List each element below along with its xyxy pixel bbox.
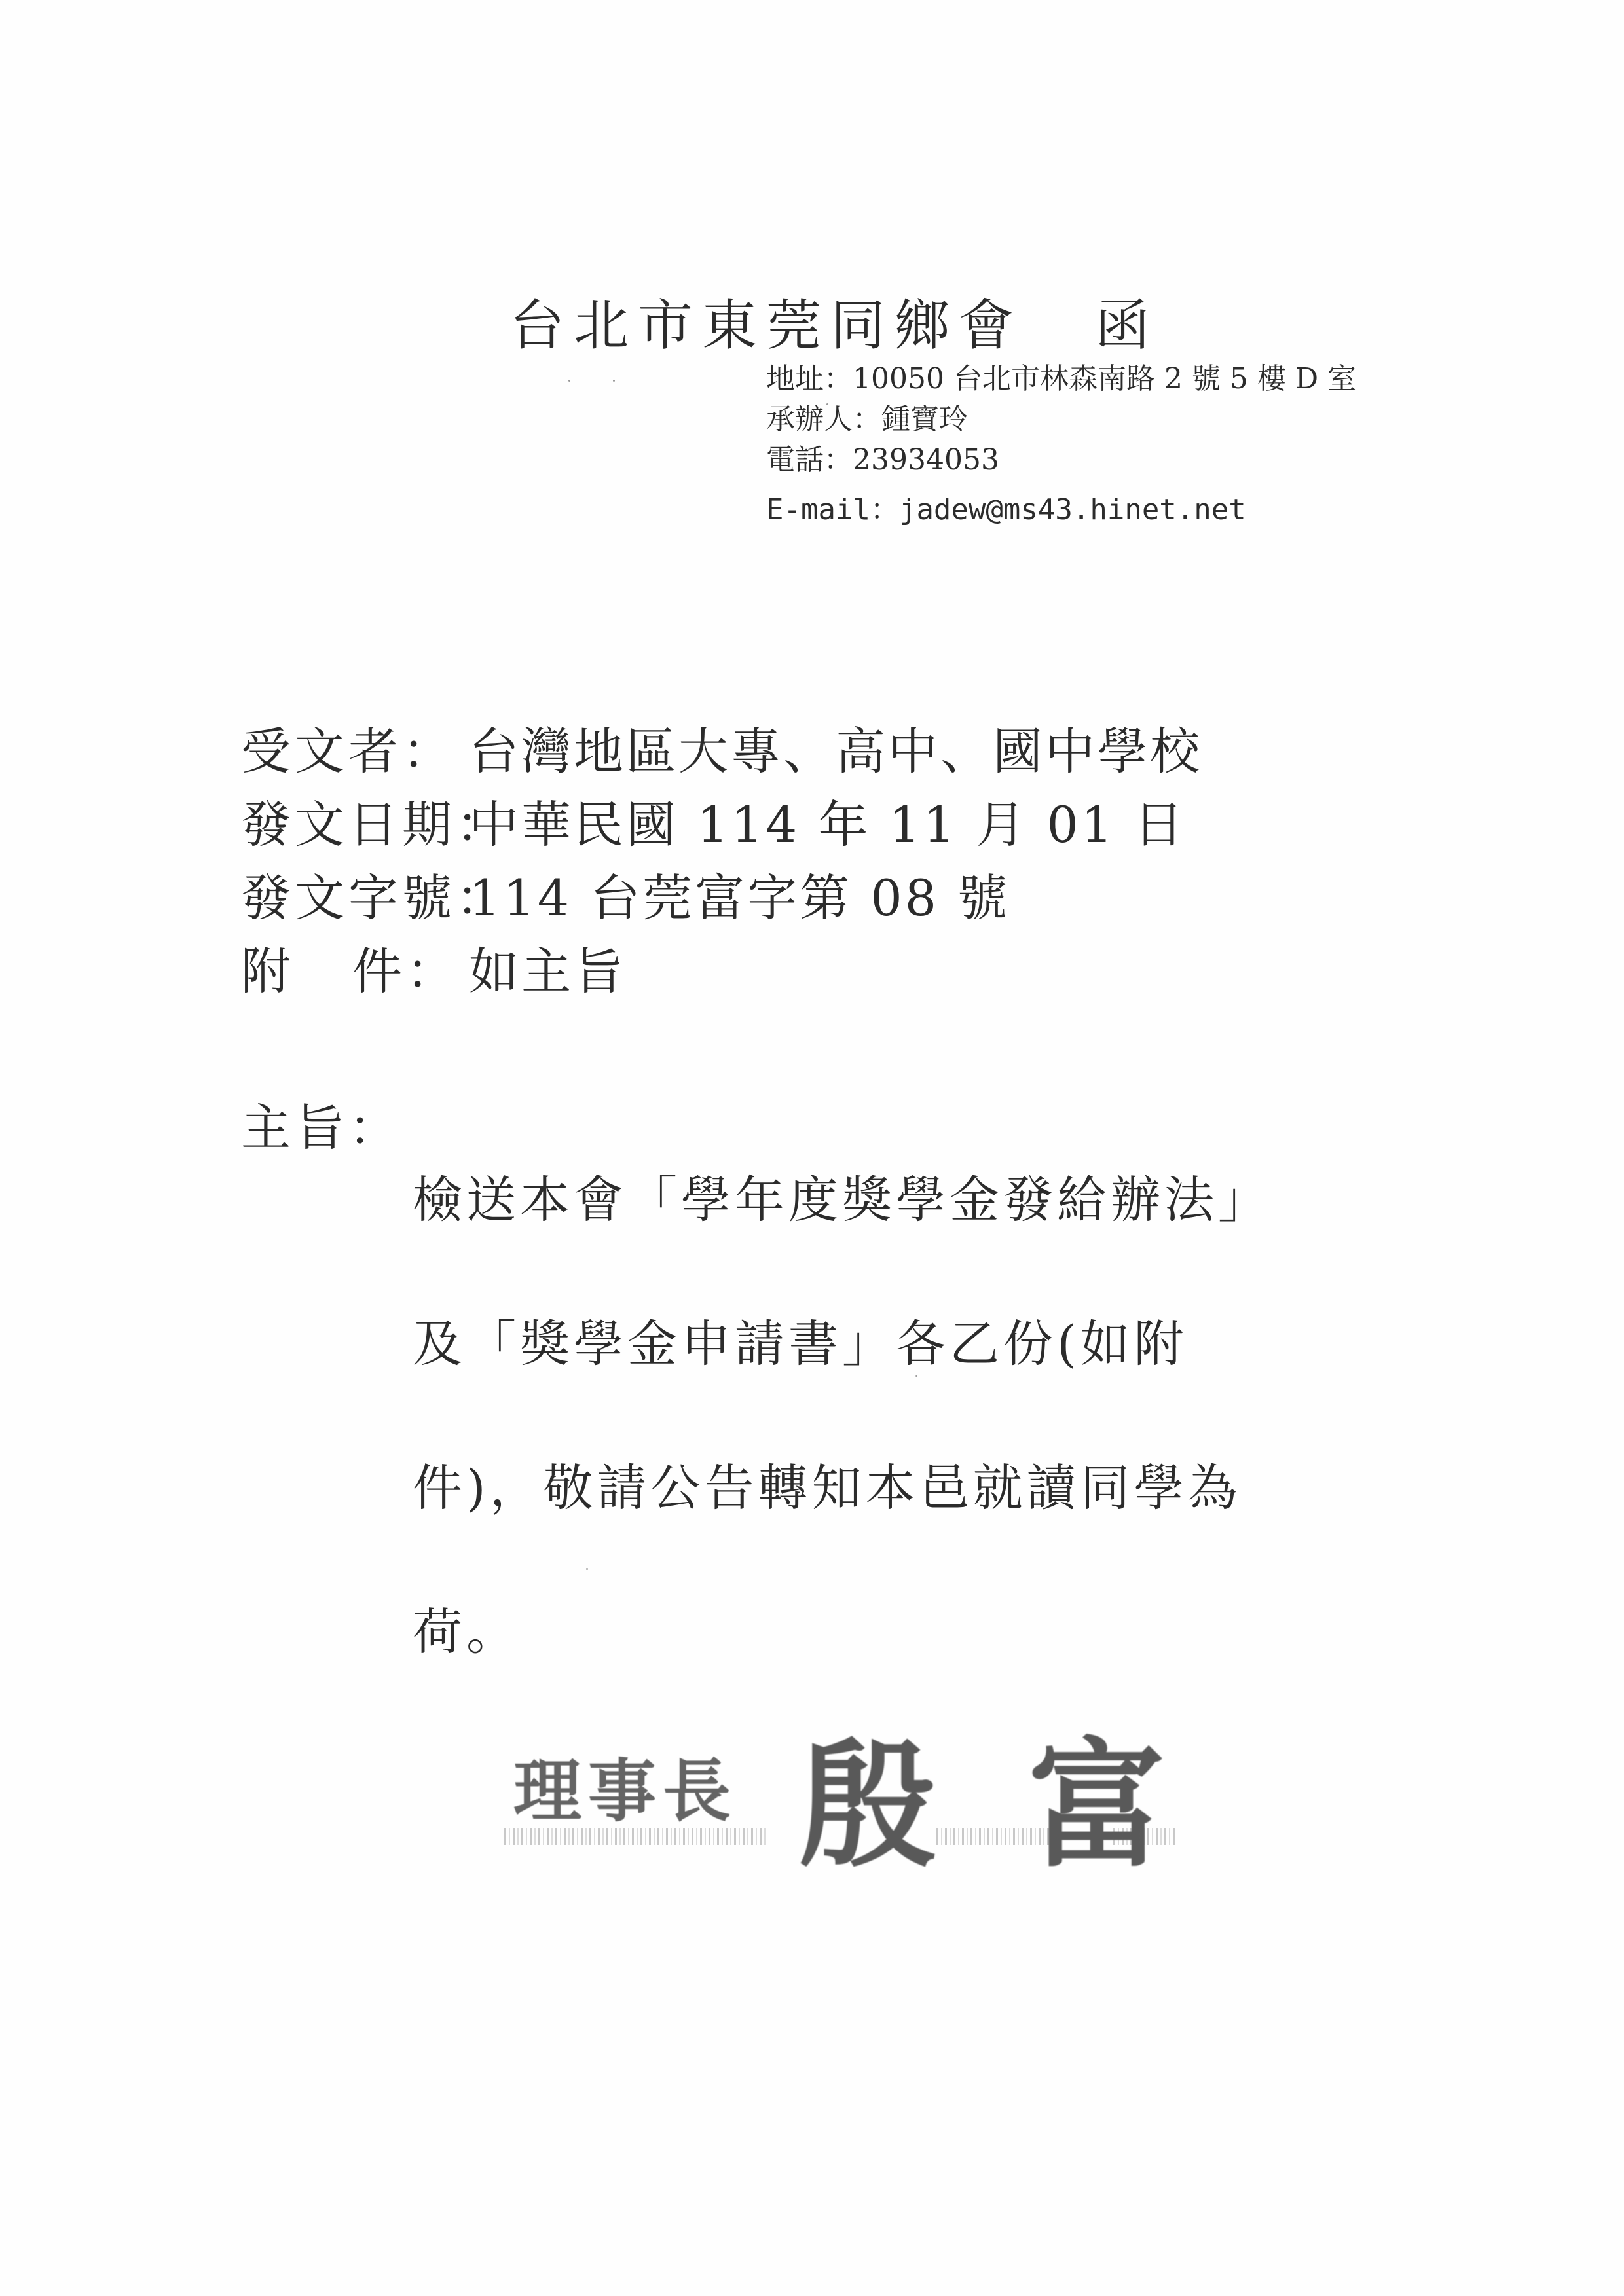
- document-type: 函: [1095, 293, 1159, 357]
- recipient-row: 受文者： 台灣地區大專、高中、國中學校: [241, 715, 1202, 788]
- contact-person-label: 承辦人：: [766, 403, 881, 436]
- subject-row: 主旨： 檢送本會「學年度獎學金發給辦法」 及「獎學金申請書」各乙份(如附 件)，…: [241, 1092, 1342, 1740]
- attachment-label-part-1: 附: [241, 935, 295, 1008]
- address-label: 地址：: [766, 362, 853, 395]
- contact-person-row: 承辦人：鍾寶玲: [766, 399, 1356, 440]
- subject-line: 檢送本會「學年度獎學金發給辦法」: [413, 1164, 1342, 1236]
- organization-name: 台北市東莞同鄉會: [509, 293, 1023, 357]
- scan-artifact: [568, 380, 570, 382]
- email-row: E-mail：jadew@ms43.hinet.net: [766, 490, 1356, 530]
- date-row: 發文日期： 中華民國 114 年 11 月 01 日: [241, 788, 1202, 862]
- contact-block: 地址：10050 台北市林森南路 2 號 5 樓 D 室 承辦人：鍾寶玲 電話：…: [766, 359, 1356, 530]
- subject-body: 檢送本會「學年度獎學金發給辦法」 及「獎學金申請書」各乙份(如附 件)，敬請公告…: [413, 1092, 1342, 1740]
- signature-stamp: 理事長 殷 富: [504, 1689, 1179, 1846]
- recipient-label: 受文者：: [241, 715, 469, 788]
- signature-name-second: 富: [1028, 1696, 1166, 1893]
- doc-number-label: 發文字號：: [241, 862, 469, 935]
- contact-person-value: 鍾寶玲: [881, 403, 968, 436]
- scan-artifact: [915, 1375, 917, 1377]
- scan-artifact: [586, 1568, 588, 1570]
- signature-name-first: 殷: [799, 1696, 936, 1893]
- scan-artifact: [613, 380, 615, 382]
- subject-line: 荷。: [413, 1596, 1342, 1668]
- email-label: E-mail：: [766, 493, 899, 526]
- phone-row: 電話：23934053: [766, 440, 1356, 481]
- phone-label: 電話：: [766, 443, 853, 477]
- subject-label: 主旨：: [241, 1092, 413, 1740]
- document-page: 台北市東莞同鄉會函 地址：10050 台北市林森南路 2 號 5 樓 D 室 承…: [0, 0, 1624, 2296]
- stamp-noise: [504, 1828, 766, 1845]
- stamp-noise: [936, 1828, 1054, 1845]
- date-label: 發文日期：: [241, 788, 469, 862]
- attachment-label: 附 件：: [241, 935, 469, 1008]
- attachment-label-part-2: 件：: [352, 935, 460, 1008]
- subject-line: 件)，敬請公告轉知本邑就讀同學為: [413, 1452, 1342, 1524]
- doc-number-row: 發文字號： 114 台莞富字第 08 號: [241, 862, 1202, 935]
- doc-number-value: 114 台莞富字第 08 號: [469, 862, 1010, 935]
- signature-title: 理事長: [513, 1736, 737, 1834]
- phone-value: 23934053: [853, 443, 999, 477]
- subject-section: 主旨： 檢送本會「學年度獎學金發給辦法」 及「獎學金申請書」各乙份(如附 件)，…: [241, 1092, 1342, 1740]
- subject-line: 及「獎學金申請書」各乙份(如附: [413, 1308, 1342, 1380]
- document-meta: 受文者： 台灣地區大專、高中、國中學校 發文日期： 中華民國 114 年 11 …: [241, 715, 1202, 1008]
- recipient-value: 台灣地區大專、高中、國中學校: [469, 715, 1202, 788]
- address-row: 地址：10050 台北市林森南路 2 號 5 樓 D 室: [766, 359, 1356, 399]
- letterhead-title: 台北市東莞同鄉會函: [509, 282, 1159, 361]
- attachment-value: 如主旨: [469, 935, 626, 1008]
- scan-artifact: [826, 403, 828, 405]
- date-value: 中華民國 114 年 11 月 01 日: [469, 788, 1186, 862]
- email-value: jadew@ms43.hinet.net: [899, 493, 1246, 526]
- address-value: 10050 台北市林森南路 2 號 5 樓 D 室: [853, 362, 1356, 395]
- stamp-noise: [1113, 1828, 1175, 1845]
- attachment-row: 附 件： 如主旨: [241, 935, 1202, 1008]
